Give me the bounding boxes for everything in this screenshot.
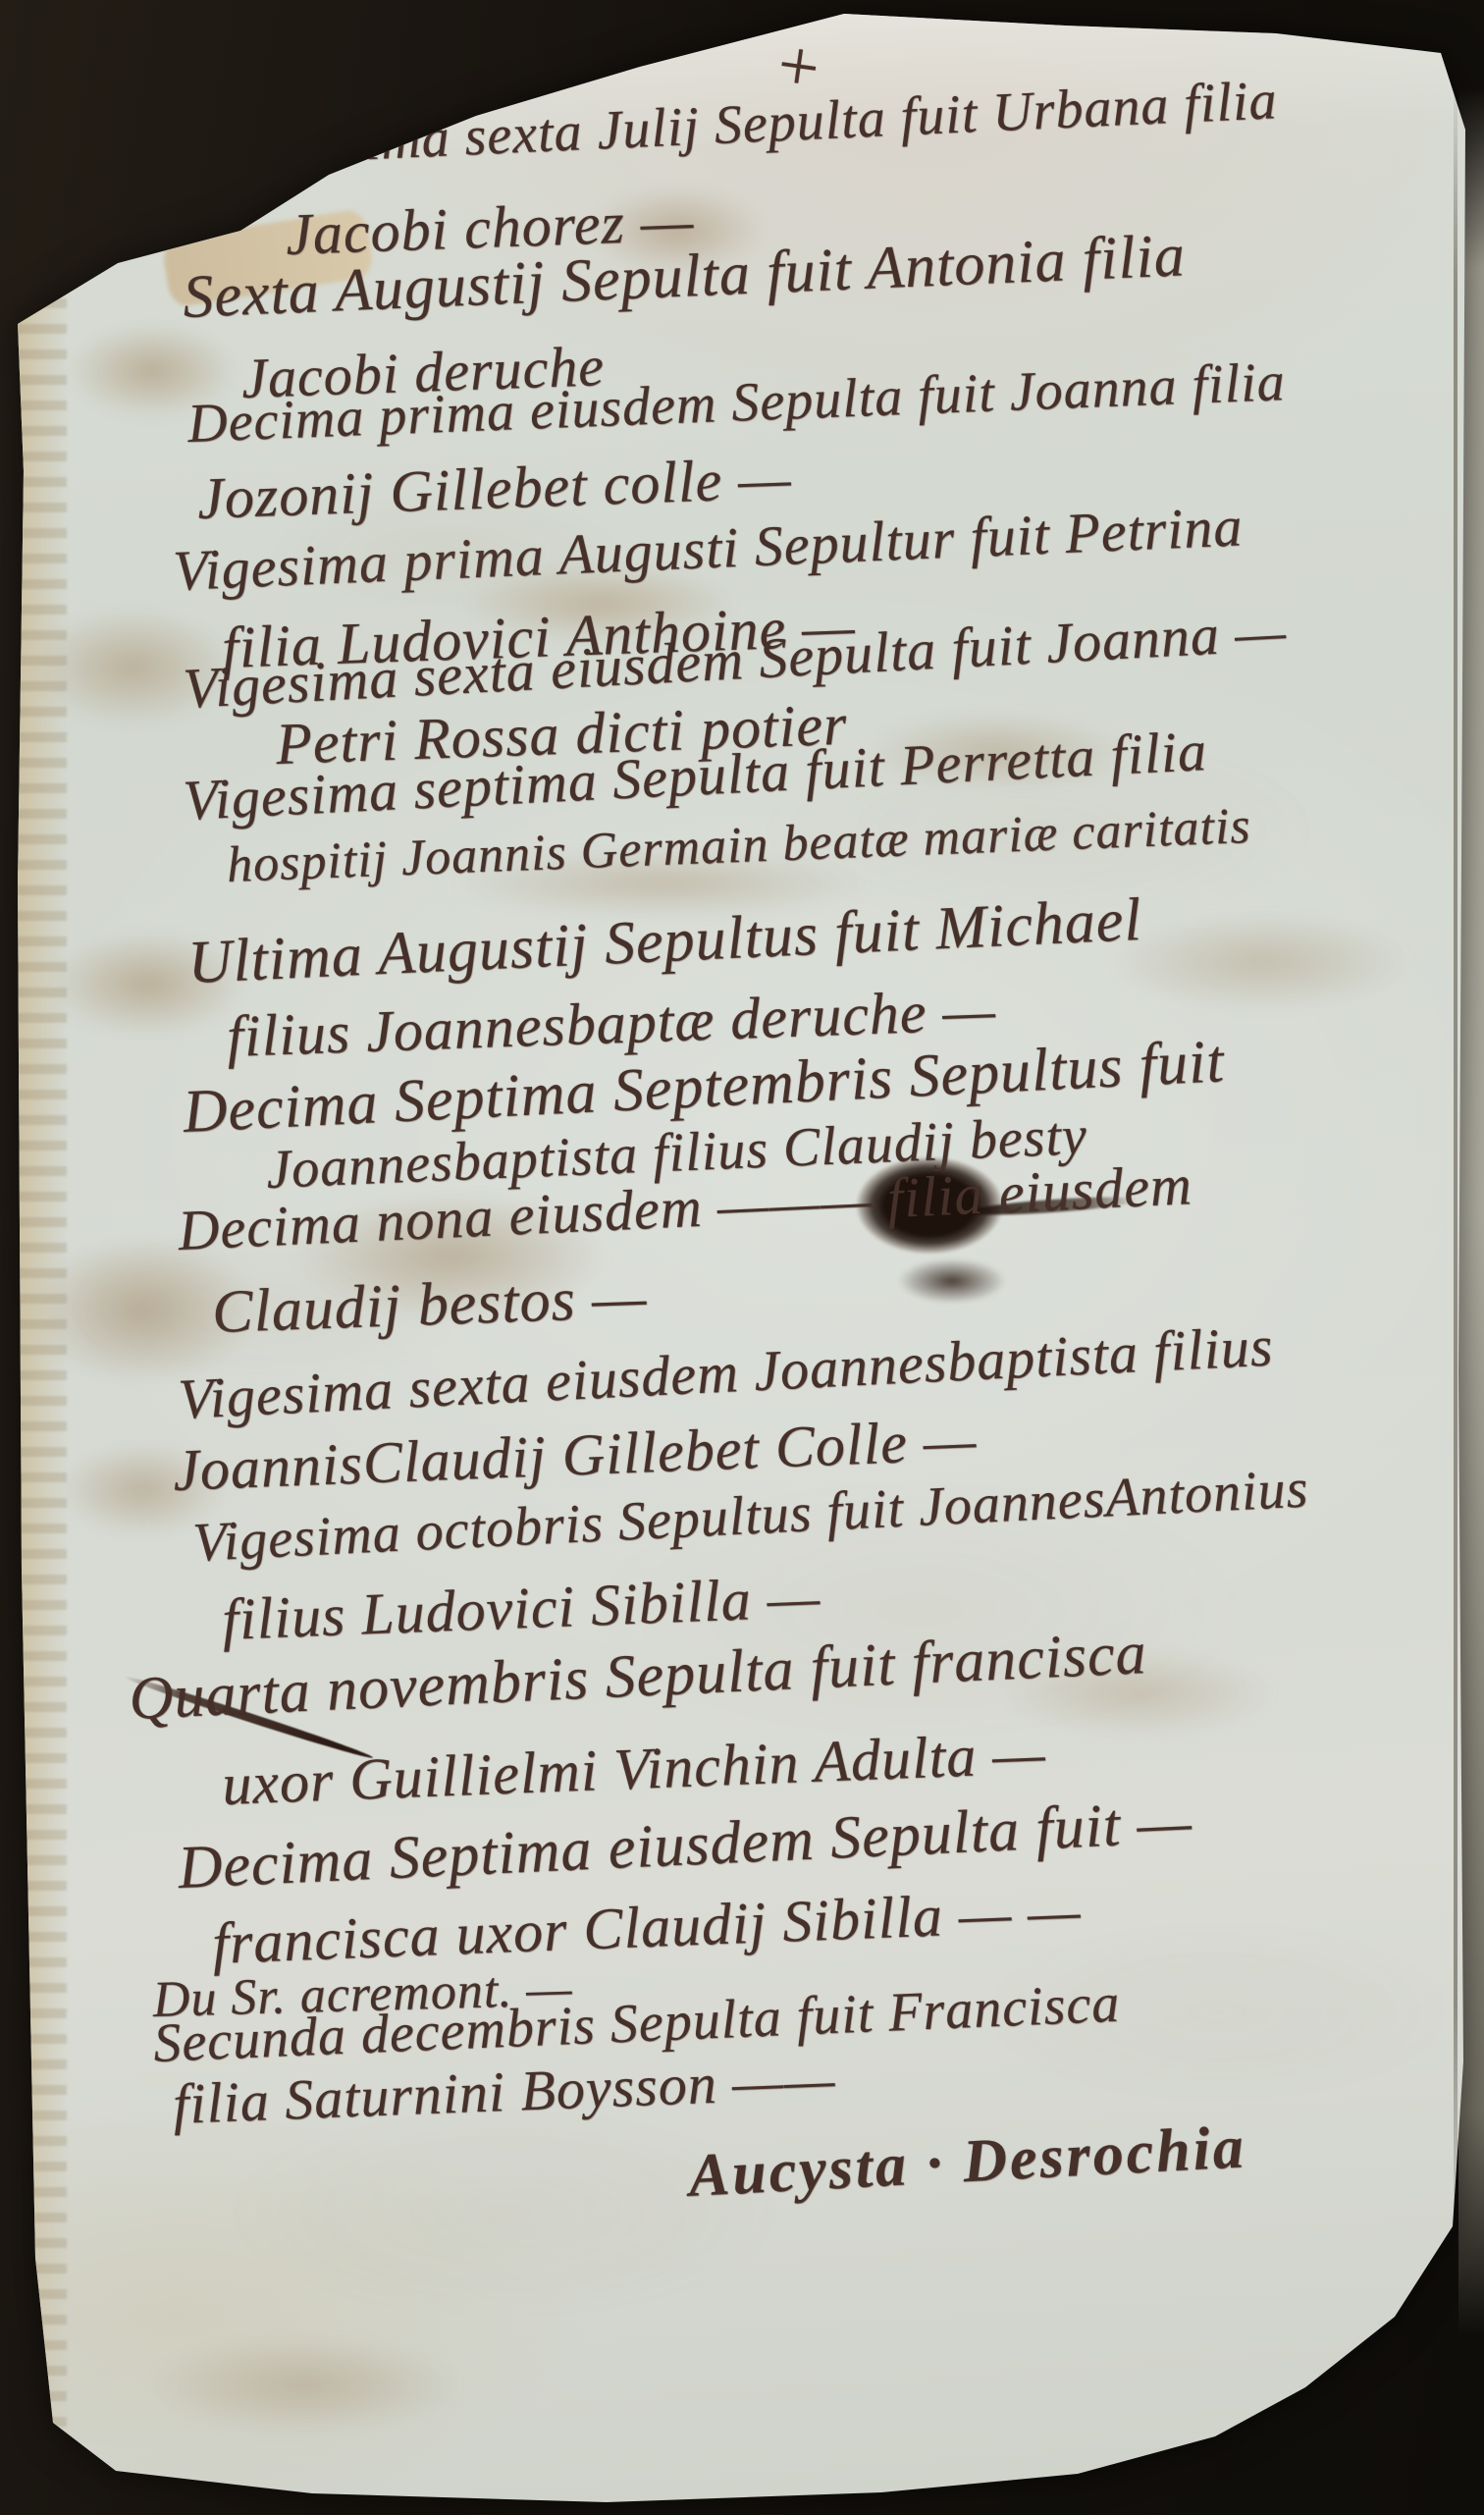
stain (147, 2336, 461, 2435)
register-line: filius Joannesbaptæ deruche — (226, 977, 997, 1071)
register-line: Decima Septima Septembris Sepultus fuit (182, 1027, 1226, 1148)
paper-repair-patch (161, 208, 375, 308)
stain (589, 187, 766, 275)
pen-flourish (122, 1672, 375, 1761)
register-line: Secunda decembris Sepulta fuit Francisca (152, 1972, 1121, 2075)
manuscript-paper: + Vigesima sexta Julij Sepulta fuit Urba… (0, 0, 1484, 2515)
ink-strikethrough (967, 1194, 1139, 1218)
page-edge-shadow (1454, 69, 1457, 2268)
stain (59, 1443, 226, 1536)
stain (864, 712, 1129, 790)
register-line: filius Ludovici Sibilla — (221, 1564, 821, 1654)
register-line: Vigesima sexta Julij Sepulta fuit Urbana… (240, 69, 1279, 179)
register-line: Ultima Augustij Sepultus fuit Michael (186, 885, 1143, 998)
register-line: hospitij Joannis Germain beatæ mariæ car… (226, 797, 1252, 894)
cross-mark: + (768, 23, 827, 112)
register-line: Vigesima sexta eiusdem Sepulta fuit Joan… (182, 598, 1288, 722)
register-line: Petri Rossa dicti potier (275, 691, 848, 778)
stain (49, 933, 245, 1036)
stain (461, 564, 736, 643)
register-line: Quarta novembris Sepulta fuit francisca (128, 1619, 1148, 1735)
paper-shadow-wrap: + Vigesima sexta Julij Sepulta fuit Urba… (0, 0, 1484, 2515)
ink-blot (846, 1150, 1028, 1288)
register-line: Decima nona eiusdem ——— filia eiusdem (177, 1151, 1193, 1263)
register-line: Decima Septima eiusdem Sepulta fuit — (177, 1788, 1193, 1903)
register-line: filia Ludovici Anthoine — (221, 592, 857, 681)
register-line: Sexta Augustij Sepulta fuit Antonia fili… (182, 221, 1187, 333)
register-line: Jacobi deruche (240, 333, 606, 411)
register-line: Decima prima eiusdem Sepulta fuit Joanna… (186, 350, 1287, 455)
register-line: JoannisClaudij Gillebet Colle — (172, 1407, 978, 1505)
register-line: francisca uxor Claudij Sibilla — — (211, 1877, 1083, 1978)
stain (451, 849, 874, 918)
priest-signature: Aucysta · Desrochia (687, 2113, 1247, 2212)
stain (1001, 1649, 1276, 1738)
stain (29, 1237, 255, 1384)
stain (1109, 913, 1413, 1011)
stain (294, 1193, 609, 1320)
register-line: Vigesima octobris Sepultus fuit JoannesA… (191, 1457, 1310, 1575)
register-line: Vigesima sexta eiusdem Joannesbaptista f… (177, 1312, 1275, 1431)
register-line: Du Sr. acremont. — (152, 1959, 573, 2029)
register-line: Vigesima prima Augusti Sepultur fuit Pet… (172, 493, 1245, 604)
scanned-register-page: + Vigesima sexta Julij Sepulta fuit Urba… (0, 0, 1484, 2515)
register-line: Jozonij Gillebet colle — (196, 445, 793, 533)
binding-frayed-edge (0, 245, 67, 2503)
stain (29, 609, 236, 726)
register-line: uxor Guillielmi Vinchin Adulta — (221, 1720, 1047, 1819)
ink-blot-small (898, 1258, 1006, 1304)
register-line: Vigesima septima Sepulta fuit Perretta f… (182, 718, 1208, 833)
register-line: Jacobi chorez — (285, 187, 695, 268)
register-line: Joannesbaptista filius Claudij besty (265, 1104, 1088, 1202)
stain (69, 324, 236, 417)
register-line: filia Saturnini Boysson —— (172, 2046, 836, 2137)
register-line: Claudij bestos — (211, 1263, 648, 1348)
